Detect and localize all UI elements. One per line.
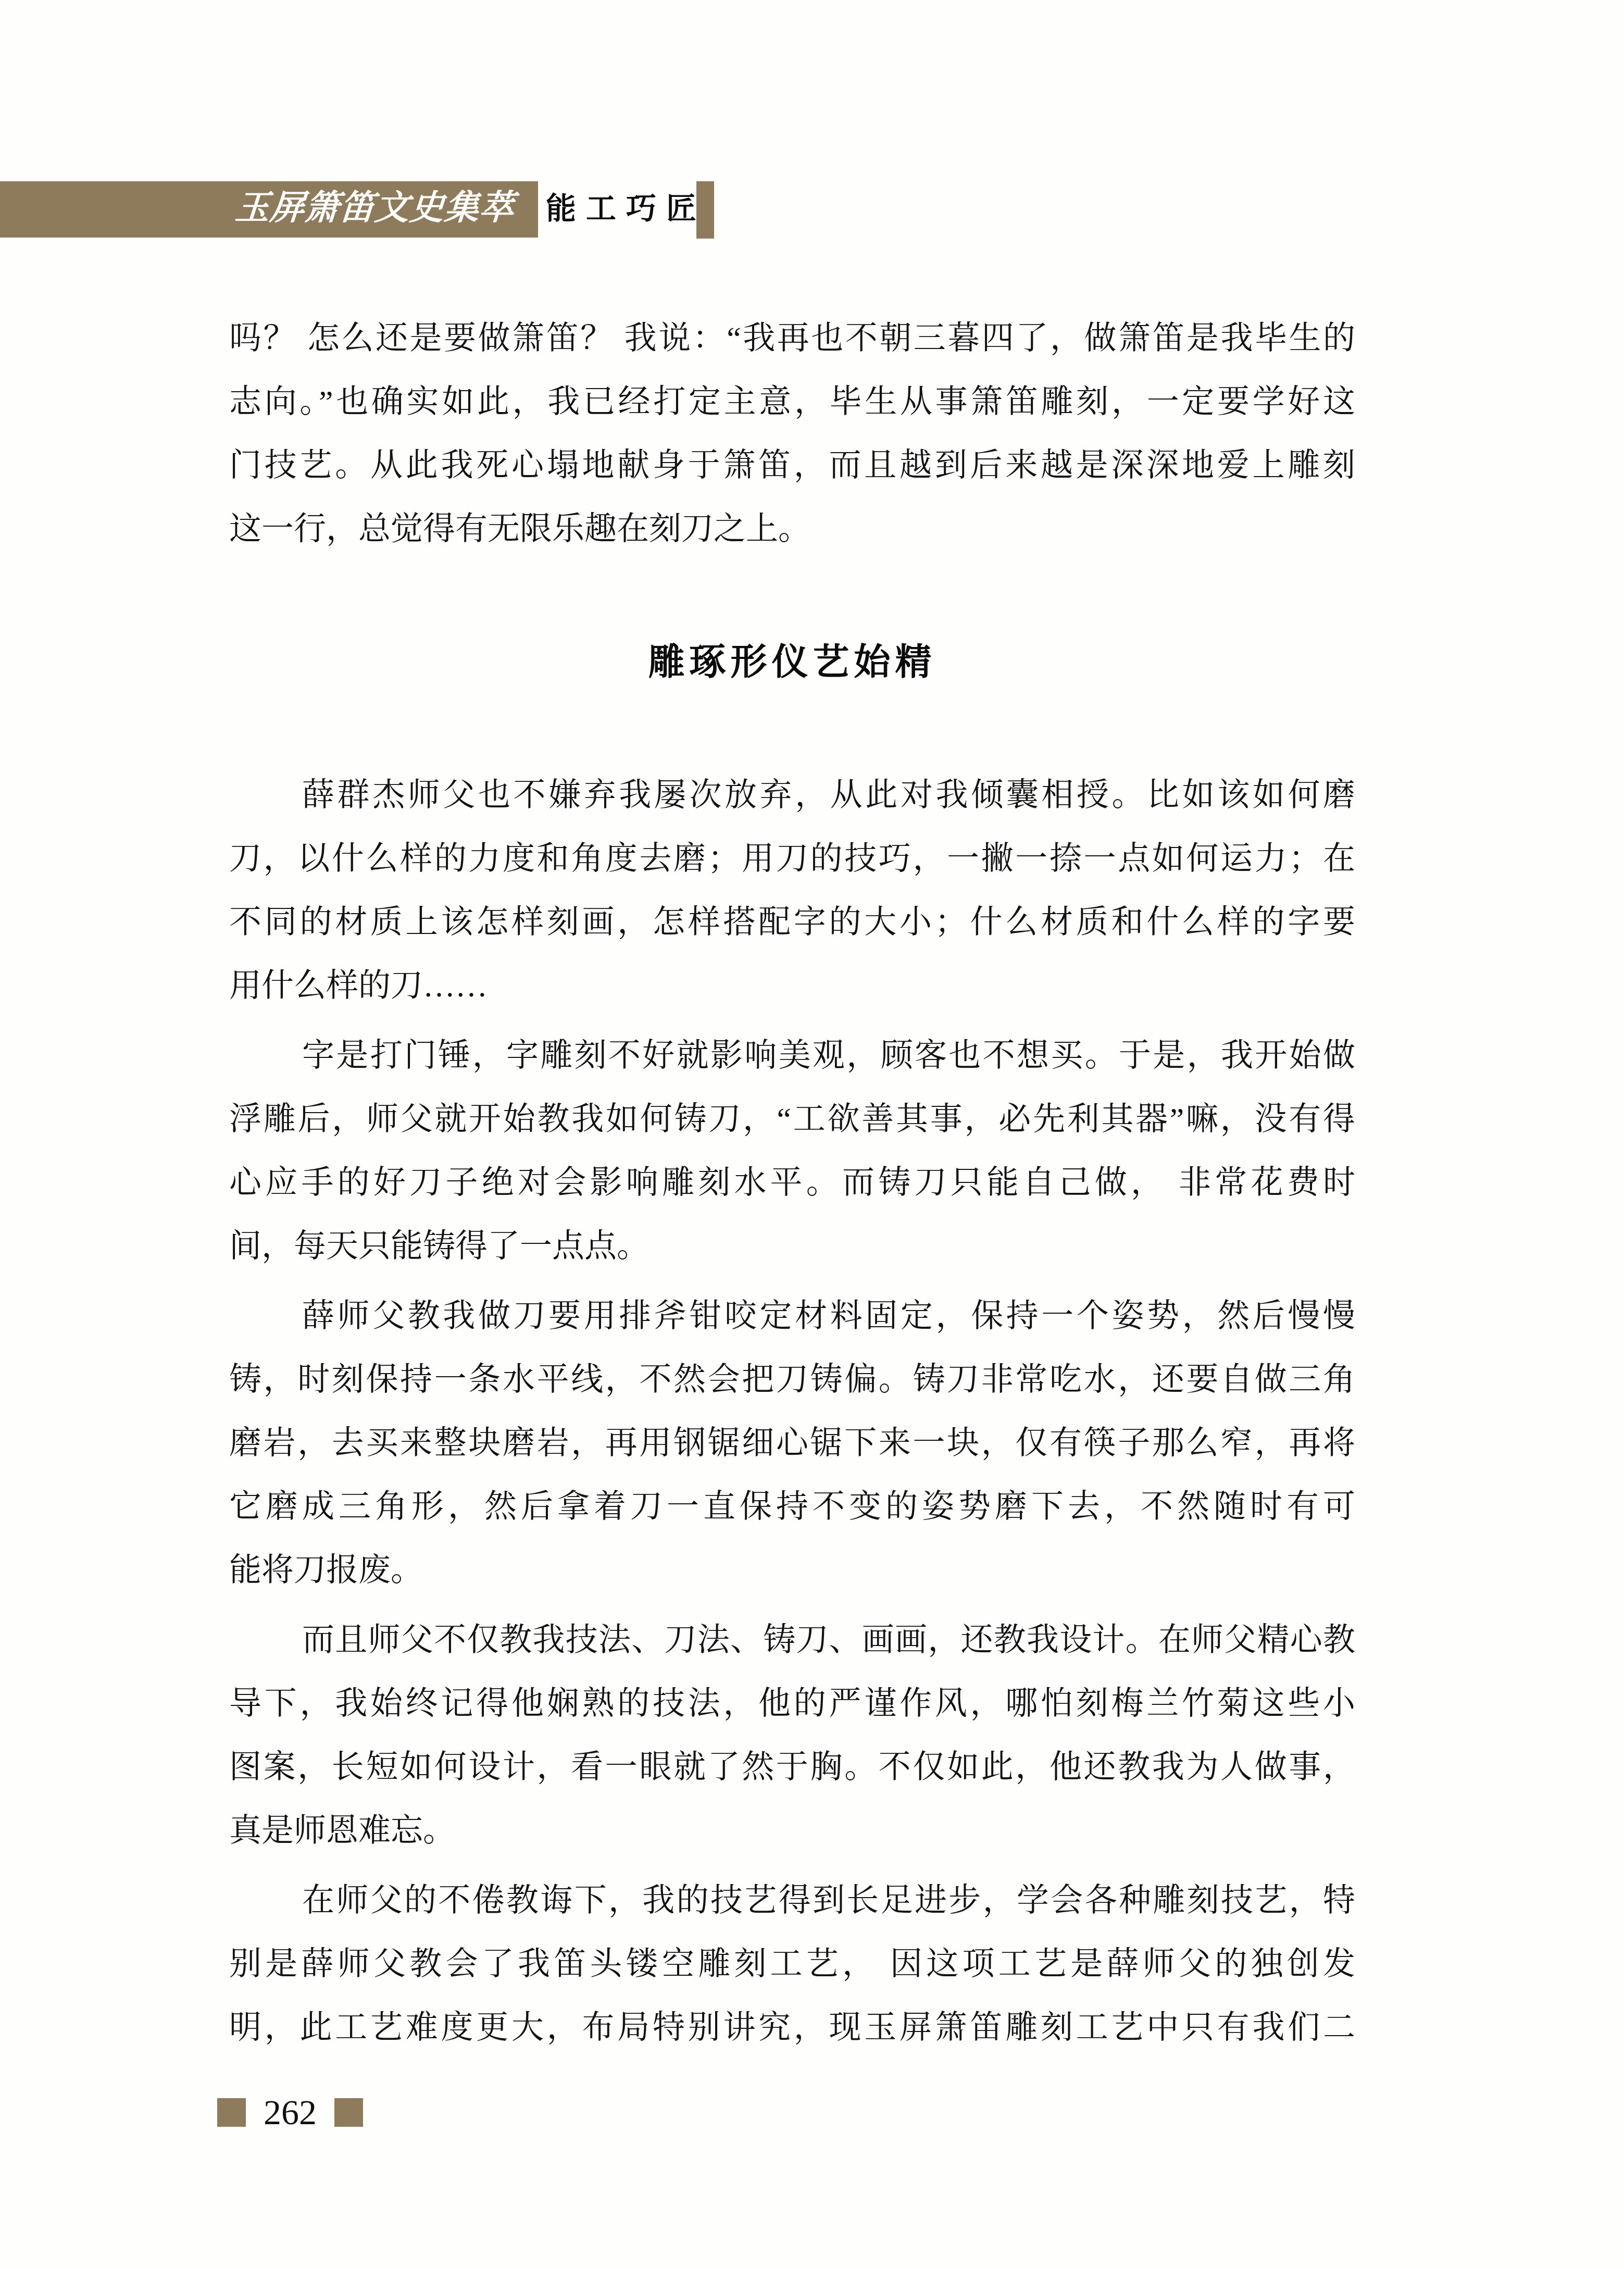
text-line: 在师父的不倦教诲下，我的技艺得到长足进步，学会各种雕刻技艺，特 bbox=[229, 1869, 1355, 1933]
text-line: 这一行，总觉得有无限乐趣在刻刀之上。 bbox=[229, 497, 1355, 561]
text-line: 门技艺。从此我死心塌地献身于箫笛，而且越到后来越是深深地爱上雕刻 bbox=[229, 434, 1355, 497]
paragraph-group: 薛群杰师父也不嫌弃我屡次放弃，从此对我倾囊相授。比如该如何磨刀，以什么样的力度和… bbox=[229, 764, 1355, 2060]
text-line: 它磨成三角形，然后拿着刀一直保持不变的姿势磨下去，不然随时有可 bbox=[229, 1475, 1355, 1539]
text-line: 明，此工艺难度更大，布局特别讲究，现玉屏箫笛雕刻工艺中只有我们二 bbox=[229, 1996, 1355, 2060]
text-line: 字是打门锤，字雕刻不好就影响美观，顾客也不想买。于是，我开始做 bbox=[229, 1024, 1355, 1088]
series-title-calligraphy: 玉屏箫笛文史集萃 bbox=[0, 181, 540, 238]
text-line: 导下，我始终记得他娴熟的技法，他的严谨作风，哪怕刻梅兰竹菊这些小 bbox=[229, 1672, 1355, 1736]
text-line: 不同的材质上该怎样刻画，怎样搭配字的大小；什么材质和什么样的字要 bbox=[229, 891, 1355, 954]
page-footer: 262 bbox=[217, 2098, 363, 2127]
text-line: 心应手的好刀子绝对会影响雕刻水平。而铸刀只能自己做， 非常花费时 bbox=[229, 1151, 1355, 1215]
text-line: 能将刀报废。 bbox=[229, 1539, 1355, 1602]
text-line: 薛师父教我做刀要用排斧钳咬定材料固定，保持一个姿势，然后慢慢 bbox=[229, 1285, 1355, 1348]
header-banner-end-block bbox=[696, 181, 714, 239]
paragraph: 薛群杰师父也不嫌弃我屡次放弃，从此对我倾囊相授。比如该如何磨刀，以什么样的力度和… bbox=[229, 764, 1355, 1018]
text-line: 铸，时刻保持一条水平线，不然会把刀铸偏。铸刀非常吃水，还要自做三角 bbox=[229, 1348, 1355, 1412]
text-line: 而且师父不仅教我技法、刀法、铸刀、画画，还教我设计。在师父精心教 bbox=[229, 1609, 1355, 1672]
paragraph: 在师父的不倦教诲下，我的技艺得到长足进步，学会各种雕刻技艺，特别是薛师父教会了我… bbox=[229, 1869, 1355, 2060]
text-line: 志向。”也确实如此，我已经打定主意，毕生从事箫笛雕刻，一定要学好这 bbox=[229, 370, 1355, 434]
header-banner: 玉屏箫笛文史集萃 bbox=[0, 181, 538, 238]
text-line: 用什么样的刀…… bbox=[229, 954, 1355, 1018]
paragraph: 薛师父教我做刀要用排斧钳咬定材料固定，保持一个姿势，然后慢慢铸，时刻保持一条水平… bbox=[229, 1285, 1355, 1602]
paragraph: 而且师父不仅教我技法、刀法、铸刀、画画，还教我设计。在师父精心教导下，我始终记得… bbox=[229, 1609, 1355, 1863]
section-heading: 雕琢形仪艺始精 bbox=[229, 631, 1355, 695]
book-page: 玉屏箫笛文史集萃 能工巧匠 吗？ 怎么还是要做箫笛？ 我说：“我再也不朝三暮四了… bbox=[0, 0, 1624, 2269]
text-line: 别是薛师父教会了我笛头镂空雕刻工艺， 因这项工艺是薛师父的独创发 bbox=[229, 1933, 1355, 1996]
text-line: 浮雕后，师父就开始教我如何铸刀，“工欲善其事，必先利其器”嘛，没有得 bbox=[229, 1088, 1355, 1151]
text-line: 图案，长短如何设计，看一眼就了然于胸。不仅如此，他还教我为人做事， bbox=[229, 1736, 1355, 1799]
text-line: 真是师恩难忘。 bbox=[229, 1799, 1355, 1863]
text-line: 刀，以什么样的力度和角度去磨；用刀的技巧，一撇一捺一点如何运力；在 bbox=[229, 827, 1355, 891]
paragraph: 字是打门锤，字雕刻不好就影响美观，顾客也不想买。于是，我开始做浮雕后，师父就开始… bbox=[229, 1024, 1355, 1278]
text-line: 吗？ 怎么还是要做箫笛？ 我说：“我再也不朝三暮四了，做箫笛是我毕生的 bbox=[229, 307, 1355, 370]
page-number: 262 bbox=[264, 2098, 317, 2127]
text-line: 磨岩，去买来整块磨岩，再用钢锯细心锯下来一块，仅有筷子那么窄，再将 bbox=[229, 1412, 1355, 1475]
page-number-left-marker-icon bbox=[217, 2098, 246, 2127]
article-body: 吗？ 怎么还是要做箫笛？ 我说：“我再也不朝三暮四了，做箫笛是我毕生的志向。”也… bbox=[229, 307, 1355, 2060]
paragraph-continuation: 吗？ 怎么还是要做箫笛？ 我说：“我再也不朝三暮四了，做箫笛是我毕生的志向。”也… bbox=[229, 307, 1355, 561]
text-line: 间，每天只能铸得了一点点。 bbox=[229, 1215, 1355, 1278]
page-number-right-marker-icon bbox=[334, 2098, 363, 2127]
column-title: 能工巧匠 bbox=[546, 181, 706, 238]
text-line: 薛群杰师父也不嫌弃我屡次放弃，从此对我倾囊相授。比如该如何磨 bbox=[229, 764, 1355, 827]
